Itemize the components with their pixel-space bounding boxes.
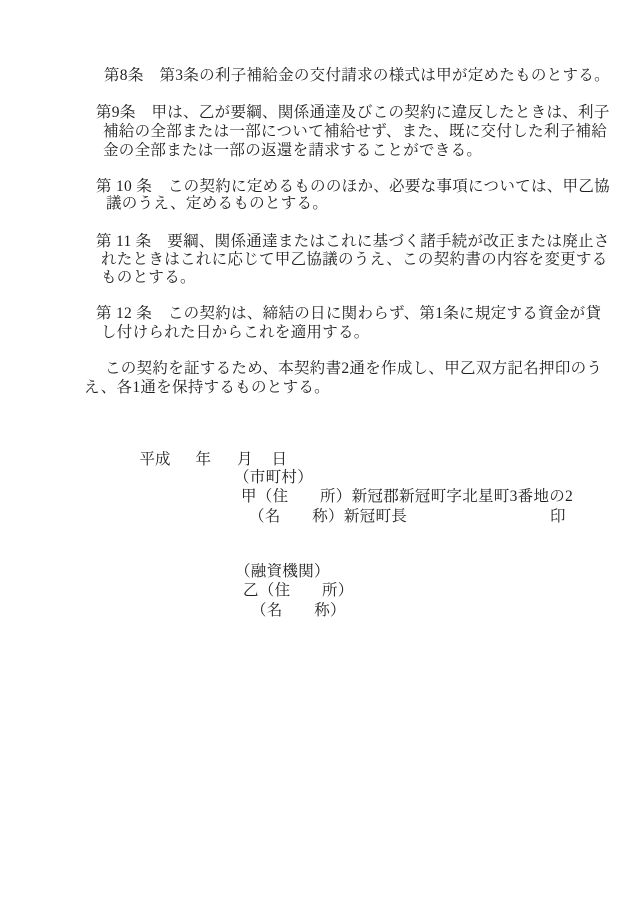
party-b-name-line: （名 称） [243,601,346,620]
contract-document-page: 第8条 第3条の利子補給金の交付請求の様式は甲が定めたものとする。 第9条 甲は… [0,0,630,903]
article-10-line-2: 議のうえ、定めるものとする。 [106,194,328,213]
seal-placeholder: 印 [550,507,566,526]
article-11-line-2: れたときはこれに応じて甲乙協議のうえ、この契約書の内容を変更する [101,250,608,269]
party-b-group-label: （融資機関） [235,562,330,581]
year-label: 年 [196,450,212,469]
party-a-address-line: 甲（住 所）新冠郡新冠町字北星町3番地の2 [241,487,573,506]
article-12-line-1: 第 12 条 この契約は、締結の日に関わらず、第1条に規定する資金が貸 [96,304,601,323]
article-8-line-1: 第8条 第3条の利子補給金の交付請求の様式は甲が定めたものとする。 [104,66,610,85]
article-9-line-2: 補給の全部または一部について補給せず、また、既に交付した利子補給 [103,122,607,141]
month-label: 月 [237,450,253,469]
era-label: 平成 [140,450,171,469]
party-a-name-line: （名 称）新冠町長 [241,507,407,526]
article-9-line-3: 金の全部または一部の返還を請求することができる。 [103,141,482,160]
closing-paragraph-line-2: え、各1通を保持するものとする。 [84,378,330,397]
party-a-group-label: （市町村） [234,468,313,487]
article-12-line-2: し付けられた日からこれを適用する。 [101,323,370,342]
article-11-line-1: 第 11 条 要綱、関係通達またはこれに基づく諸手続が改正または廃止さ [96,232,610,251]
party-b-address-line: 乙（住 所） [243,581,354,600]
article-11-line-3: ものとする。 [101,268,196,287]
closing-paragraph-line-1: この契約を証するため、本契約書2通を作成し、甲乙双方記名押印のう [105,359,602,378]
article-9-line-1: 第9条 甲は、乙が要綱、関係通達及びこの契約に違反したときは、利子 [96,103,610,122]
day-label: 日 [272,450,288,469]
